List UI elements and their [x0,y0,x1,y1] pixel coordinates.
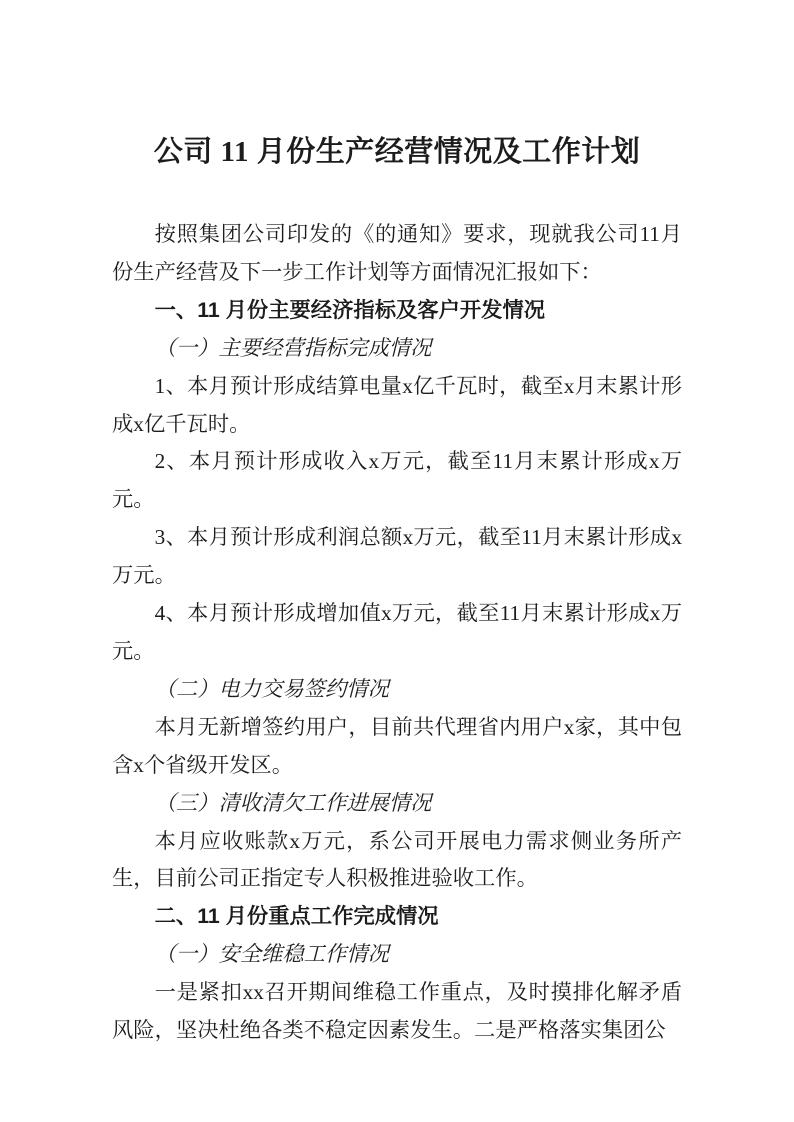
document-page: 公司 11 月份生产经营情况及工作计划 按照集团公司印发的《的通知》要求，现就我… [0,0,794,1122]
body-paragraph: 按照集团公司印发的《的通知》要求，现就我公司11月份生产经营及下一步工作计划等方… [112,216,682,292]
body-paragraph: 4、本月预计形成增加值x万元，截至11月末累计形成x万元。 [112,595,682,671]
section-heading: 二、11 月份重点工作完成情况 [112,898,682,936]
sub-heading: （三）清收清欠工作进展情况 [112,785,682,823]
document-title: 公司 11 月份生产经营情况及工作计划 [112,130,682,174]
body-paragraph: 本月无新增签约用户，目前共代理省内用户x家，其中包含x个省级开发区。 [112,709,682,785]
body-paragraph: 3、本月预计形成利润总额x万元，截至11月末累计形成x万元。 [112,519,682,595]
body-paragraph: 1、本月预计形成结算电量x亿千瓦时，截至x月末累计形成x亿千瓦时。 [112,368,682,444]
document-body: 按照集团公司印发的《的通知》要求，现就我公司11月份生产经营及下一步工作计划等方… [112,216,682,1050]
body-paragraph: 一是紧扣xx召开期间维稳工作重点，及时摸排化解矛盾风险，坚决杜绝各类不稳定因素发… [112,974,682,1050]
body-paragraph: 2、本月预计形成收入x万元，截至11月末累计形成x万元。 [112,443,682,519]
section-heading: 一、11 月份主要经济指标及客户开发情况 [112,292,682,330]
sub-heading: （一）安全维稳工作情况 [112,936,682,974]
body-paragraph: 本月应收账款x万元，系公司开展电力需求侧业务所产生，目前公司正指定专人积极推进验… [112,823,682,899]
sub-heading: （一）主要经营指标完成情况 [112,330,682,368]
sub-heading: （二）电力交易签约情况 [112,671,682,709]
